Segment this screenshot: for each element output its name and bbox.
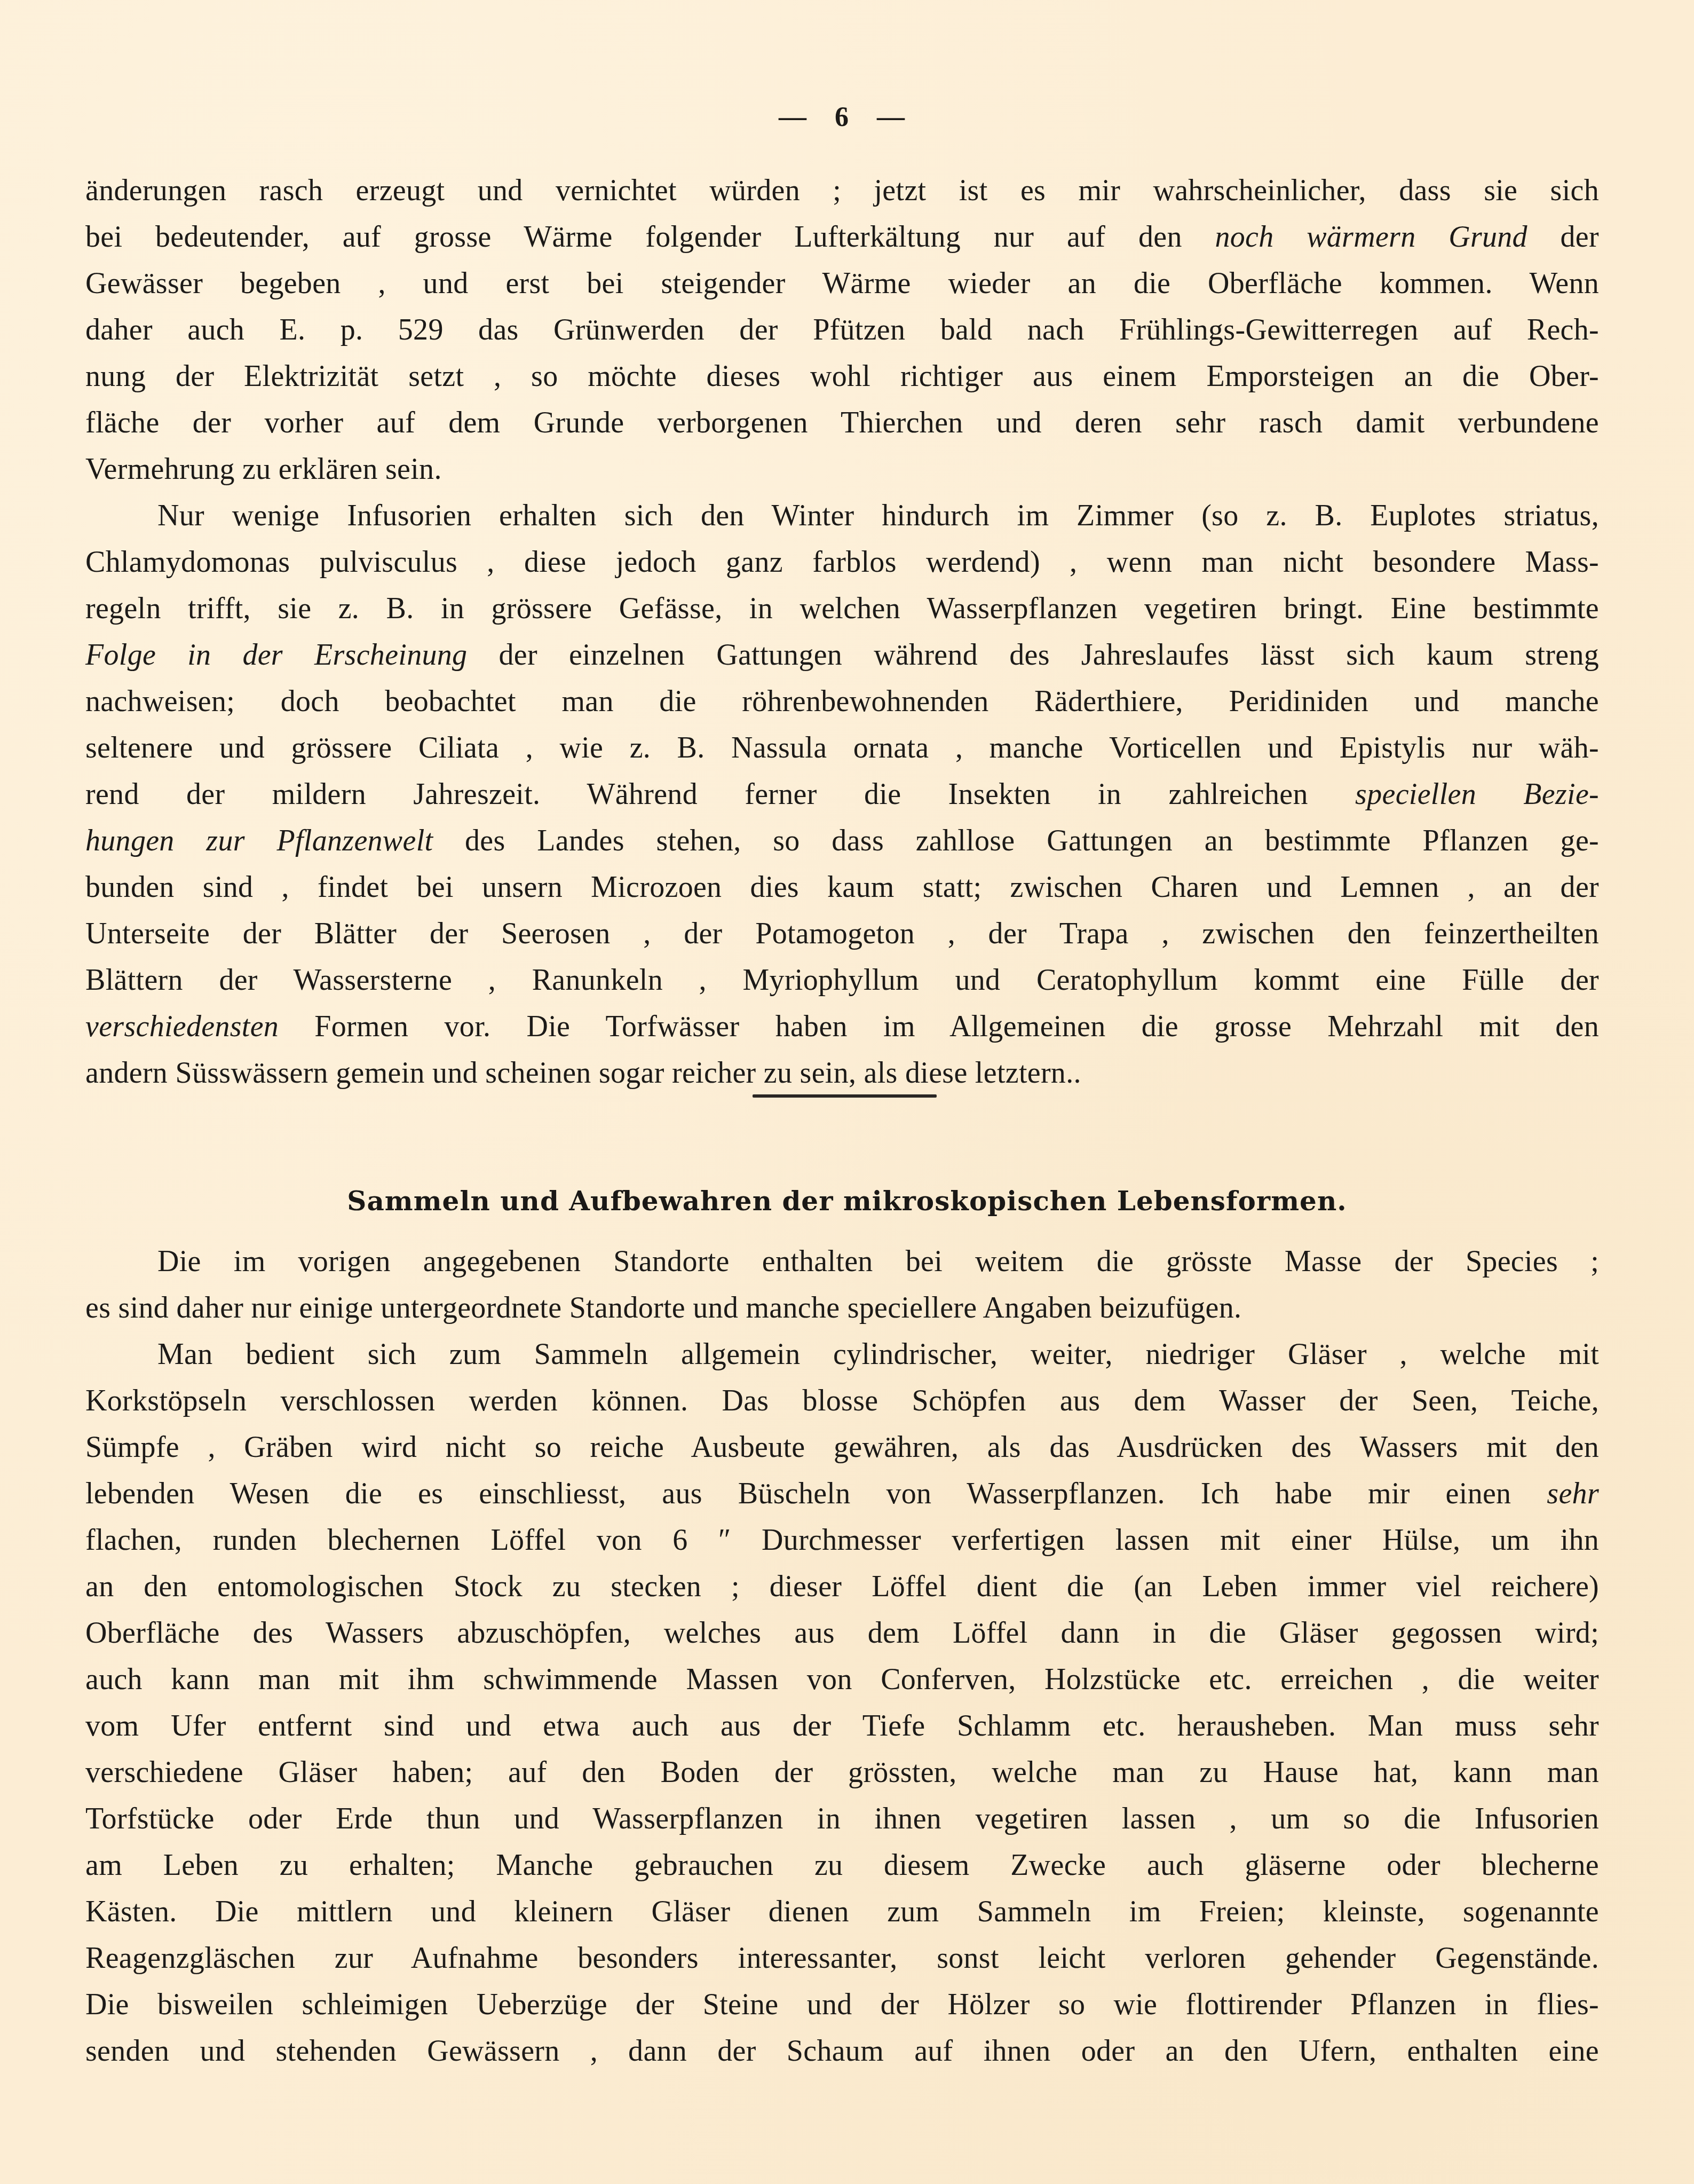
text-line: Korkstöpseln verschlossen werden können.…: [85, 1378, 1599, 1424]
text-line: Torfstücke oder Erde thun und Wasserpfla…: [85, 1796, 1599, 1842]
text-line: Kästen. Die mittlern und kleinern Gläser…: [85, 1889, 1599, 1935]
text-line: Die im vorigen angegebenen Standorte ent…: [85, 1239, 1599, 1285]
text-run: Reagenzgläschen zur Aufnahme besonders i…: [85, 1942, 1599, 1975]
text-run: der einzelnen Gattungen während des Jahr…: [467, 638, 1599, 672]
text-run: Unterseite der Blätter der Seerosen , de…: [85, 917, 1599, 950]
text-run: nung der Elektrizität setzt , so möchte …: [85, 360, 1599, 393]
text-line: Man bedient sich zum Sammeln allgemein c…: [85, 1331, 1599, 1378]
text-line: änderungen rasch erzeugt und vernichtet …: [85, 168, 1599, 214]
text-run: bunden sind , findet bei unsern Microzoe…: [85, 871, 1599, 904]
text-run: Man bedient sich zum Sammeln allgemein c…: [157, 1338, 1599, 1371]
page-number: — 6 —: [0, 101, 1694, 133]
text-line: am Leben zu erhalten; Manche gebrauchen …: [85, 1842, 1599, 1889]
text-run: Nur wenige Infusorien erhalten sich den …: [157, 499, 1599, 532]
text-run: Die im vorigen angegebenen Standorte ent…: [157, 1245, 1599, 1278]
text-line: regeln trifft, sie z. B. in grössere Gef…: [85, 586, 1599, 632]
text-line: Die bisweilen schleimigen Ueberzüge der …: [85, 1982, 1599, 2028]
text-run: der: [1527, 220, 1599, 254]
text-run: flachen, runden blechernen Löffel von 6 …: [85, 1524, 1599, 1557]
text-run: an den entomologischen Stock zu stecken …: [85, 1570, 1599, 1603]
text-run: lebenden Wesen die es einschliesst, aus …: [85, 1477, 1547, 1510]
italic-emphasis: noch wärmern Grund: [1215, 220, 1527, 254]
italic-emphasis: verschiedensten: [85, 1010, 279, 1043]
text-run: am Leben zu erhalten; Manche gebrauchen …: [85, 1849, 1599, 1882]
text-line: Reagenzgläschen zur Aufnahme besonders i…: [85, 1935, 1599, 1982]
text-run: Kästen. Die mittlern und kleinern Gläser…: [85, 1895, 1599, 1928]
text-run: nachweisen; doch beobachtet man die röhr…: [85, 685, 1599, 718]
text-run: Die bisweilen schleimigen Ueberzüge der …: [85, 1988, 1599, 2021]
text-line: hungen zur Pflanzenwelt des Landes stehe…: [85, 818, 1599, 864]
text-run: auch kann man mit ihm schwimmende Massen…: [85, 1663, 1599, 1696]
text-line: daher auch E. p. 529 das Grünwerden der …: [85, 307, 1599, 353]
italic-emphasis: Folge in der Erscheinung: [85, 638, 467, 672]
section-divider-rule: [753, 1094, 937, 1098]
text-line: Nur wenige Infusorien erhalten sich den …: [85, 493, 1599, 539]
text-run: andern Süsswässern gemein und scheinen s…: [85, 1056, 1081, 1090]
text-line: Sümpfe , Gräben wird nicht so reiche Aus…: [85, 1424, 1599, 1471]
italic-emphasis: hungen zur Pflanzenwelt: [85, 824, 433, 857]
text-run: Vermehrung zu erklären sein.: [85, 453, 442, 486]
text-line: rend der mildern Jahreszeit. Während fer…: [85, 771, 1599, 818]
text-run: fläche der vorher auf dem Grunde verborg…: [85, 406, 1599, 439]
text-run: Formen vor. Die Torfwässer haben im Allg…: [279, 1010, 1599, 1043]
text-run: senden und stehenden Gewässern , dann de…: [85, 2035, 1599, 2068]
text-line: an den entomologischen Stock zu stecken …: [85, 1564, 1599, 1610]
text-line: Unterseite der Blätter der Seerosen , de…: [85, 911, 1599, 957]
text-run: vom Ufer entfernt sind und etwa auch aus…: [85, 1709, 1599, 1743]
text-run: seltenere und grössere Ciliata , wie z. …: [85, 731, 1599, 764]
text-run: daher auch E. p. 529 das Grünwerden der …: [85, 313, 1599, 346]
text-line: vom Ufer entfernt sind und etwa auch aus…: [85, 1703, 1599, 1749]
text-line: Chlamydomonas pulvisculus , diese jedoch…: [85, 539, 1599, 586]
italic-emphasis: sehr: [1547, 1477, 1599, 1510]
text-line: verschiedene Gläser haben; auf den Boden…: [85, 1749, 1599, 1796]
text-line: flachen, runden blechernen Löffel von 6 …: [85, 1517, 1599, 1564]
text-run: des Landes stehen, so dass zahllose Gatt…: [433, 824, 1599, 857]
text-line: andern Süsswässern gemein und scheinen s…: [85, 1050, 1599, 1097]
text-run: Korkstöpseln verschlossen werden können.…: [85, 1384, 1599, 1417]
text-line: Folge in der Erscheinung der einzelnen G…: [85, 632, 1599, 679]
text-line: Vermehrung zu erklären sein.: [85, 446, 1599, 493]
text-run: Chlamydomonas pulvisculus , diese jedoch…: [85, 546, 1599, 579]
text-line: bunden sind , findet bei unsern Microzoe…: [85, 864, 1599, 911]
text-run: änderungen rasch erzeugt und vernichtet …: [85, 174, 1599, 207]
text-run: bei bedeutender, auf grosse Wärme folgen…: [85, 220, 1215, 254]
paragraph-block-continuation: änderungen rasch erzeugt und vernichtet …: [85, 168, 1599, 1097]
italic-emphasis: speciellen Bezie-: [1355, 778, 1599, 811]
text-line: bei bedeutender, auf grosse Wärme folgen…: [85, 214, 1599, 261]
paragraph-block-collecting: Die im vorigen angegebenen Standorte ent…: [85, 1239, 1599, 2075]
text-line: fläche der vorher auf dem Grunde verborg…: [85, 400, 1599, 446]
text-line: seltenere und grössere Ciliata , wie z. …: [85, 725, 1599, 771]
text-line: Blättern der Wassersterne , Ranunkeln , …: [85, 957, 1599, 1004]
text-run: Oberfläche des Wassers abzuschöpfen, wel…: [85, 1617, 1599, 1650]
text-run: Sümpfe , Gräben wird nicht so reiche Aus…: [85, 1431, 1599, 1464]
text-run: verschiedene Gläser haben; auf den Boden…: [85, 1756, 1599, 1789]
text-line: Oberfläche des Wassers abzuschöpfen, wel…: [85, 1610, 1599, 1657]
text-line: nachweisen; doch beobachtet man die röhr…: [85, 679, 1599, 725]
text-line: Gewässer begeben , und erst bei steigend…: [85, 261, 1599, 307]
text-line: es sind daher nur einige untergeordnete …: [85, 1285, 1599, 1331]
text-run: Torfstücke oder Erde thun und Wasserpfla…: [85, 1802, 1599, 1835]
text-line: nung der Elektrizität setzt , so möchte …: [85, 353, 1599, 400]
text-line: verschiedensten Formen vor. Die Torfwäss…: [85, 1004, 1599, 1050]
text-line: auch kann man mit ihm schwimmende Massen…: [85, 1657, 1599, 1703]
text-line: senden und stehenden Gewässern , dann de…: [85, 2028, 1599, 2075]
section-heading: Sammeln und Aufbewahren der mikroskopisc…: [0, 1185, 1694, 1217]
text-run: Blättern der Wassersterne , Ranunkeln , …: [85, 964, 1599, 997]
document-page: — 6 — änderungen rasch erzeugt und verni…: [0, 0, 1694, 2184]
text-run: es sind daher nur einige untergeordnete …: [85, 1291, 1241, 1324]
text-run: regeln trifft, sie z. B. in grössere Gef…: [85, 592, 1599, 625]
text-run: rend der mildern Jahreszeit. Während fer…: [85, 778, 1355, 811]
text-line: lebenden Wesen die es einschliesst, aus …: [85, 1471, 1599, 1517]
text-run: Gewässer begeben , und erst bei steigend…: [85, 267, 1599, 300]
